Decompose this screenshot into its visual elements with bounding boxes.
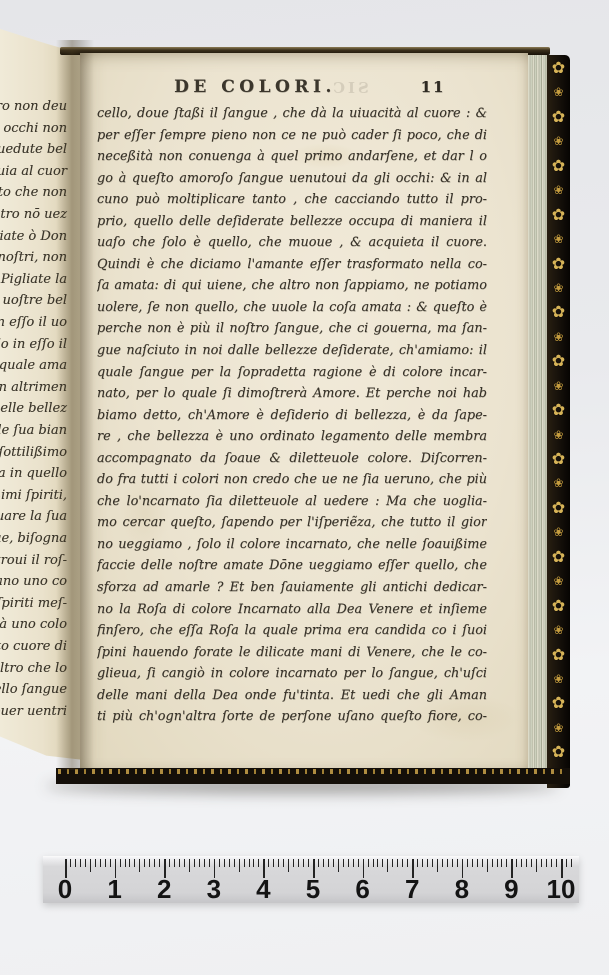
ruler-number: 0 — [58, 877, 72, 901]
ruler-tick — [149, 859, 150, 867]
gold-rosette-icon: ❀ — [553, 331, 563, 343]
ruler-tick — [442, 859, 443, 867]
gold-flower-icon: ✿ — [552, 158, 565, 174]
binding-gold-pattern: ✿❀✿❀✿❀✿❀✿❀✿❀✿❀✿❀✿❀✿❀✿❀✿❀✿❀✿❀✿❀ — [547, 55, 570, 788]
ruler-tick — [531, 859, 532, 867]
ruler-tick — [417, 859, 418, 867]
ruler-tick — [387, 859, 388, 872]
ruler-tick — [392, 859, 393, 867]
ruler-tick — [154, 859, 155, 867]
binding-strip: ✿❀✿❀✿❀✿❀✿❀✿❀✿❀✿❀✿❀✿❀✿❀✿❀✿❀✿❀✿❀ — [547, 55, 570, 788]
gold-rosette-icon: ❀ — [553, 380, 563, 392]
ruler-number: 6 — [355, 877, 369, 901]
gold-flower-icon: ✿ — [552, 598, 565, 614]
ruler-tick — [134, 859, 135, 867]
ruler-tick — [373, 859, 374, 867]
ruler-tick — [129, 859, 130, 867]
gold-flower-icon: ✿ — [552, 60, 565, 76]
text-line: glieua, ſi cangiò in colore incarnato pe… — [97, 663, 487, 685]
text-line: faccie delle noſtre amate Dōne ueggiamo … — [97, 555, 487, 577]
ruler-tick — [273, 859, 274, 867]
text-block: cello, doue ſtaßi il ſangue , che dà la … — [97, 103, 487, 728]
gold-rosette-icon: ❀ — [553, 135, 563, 147]
ruler-tick — [497, 859, 498, 867]
ruler-tick — [253, 859, 254, 867]
text-line: quale ſangue per la ſopradetta ragione è… — [97, 362, 487, 384]
text-line: perche non è più il noſtro ſangue, che c… — [97, 318, 487, 340]
ruler-number: 10 — [547, 877, 576, 901]
ruler-tick — [80, 859, 81, 867]
gold-rosette-icon: ❀ — [553, 673, 563, 685]
gold-rosette-icon: ❀ — [553, 282, 563, 294]
gold-rosette-icon: ❀ — [553, 184, 563, 196]
text-line: mo cercar queſto, ſapendo per l'iſperiẽz… — [97, 512, 487, 534]
ruler-tick — [402, 859, 403, 867]
gold-flower-icon: ✿ — [552, 500, 565, 516]
ruler-number: 5 — [306, 877, 320, 901]
ruler-tick — [358, 859, 359, 867]
ruler-tick — [204, 859, 205, 867]
gold-flower-icon: ✿ — [552, 109, 565, 125]
gold-rosette-icon: ❀ — [553, 624, 563, 636]
text-line: prio, quello delle deſiderate bellezze o… — [97, 211, 487, 233]
ruler-tick — [422, 859, 423, 867]
ruler-number: 9 — [504, 877, 518, 901]
gold-flower-icon: ✿ — [552, 353, 565, 369]
ruler-tick — [526, 859, 527, 867]
ruler-tick — [184, 859, 185, 867]
ruler-tick — [407, 859, 408, 867]
ruler-tick — [501, 859, 502, 867]
text-line: Quindi è che diciamo l'amante eſſer tras… — [97, 254, 487, 276]
ruler-tick — [348, 859, 349, 867]
ruler-tick — [234, 859, 235, 867]
ruler-tick — [338, 859, 339, 872]
ruler-tick — [268, 859, 269, 867]
ruler-tick — [457, 859, 458, 867]
ruler-tick — [427, 859, 428, 867]
ruler-tick — [219, 859, 220, 867]
ruler-tick — [174, 859, 175, 867]
text-line: ſpini hauendo forate le dilicate mani di… — [97, 642, 487, 664]
page-header: DE COLORI. SIC 11 — [80, 77, 528, 99]
gold-rosette-icon: ❀ — [553, 526, 563, 538]
ruler-tick — [343, 859, 344, 867]
gold-flower-icon: ✿ — [552, 207, 565, 223]
gold-flower-icon: ✿ — [552, 304, 565, 320]
ruler-tick — [521, 859, 522, 867]
gold-rosette-icon: ❀ — [553, 233, 563, 245]
gold-flower-icon: ✿ — [552, 256, 565, 272]
ruler-tick — [90, 859, 91, 872]
text-line: finſero, che eſſa Roſa la quale prima er… — [97, 620, 487, 642]
ruler-tick — [278, 859, 279, 867]
gold-flower-icon: ✿ — [552, 549, 565, 565]
text-line: delle mani della Dea onde fu'tinta. Et u… — [97, 685, 487, 707]
ruler-number: 1 — [107, 877, 121, 901]
ruler-number: 7 — [405, 877, 419, 901]
gold-flower-icon: ✿ — [552, 695, 565, 711]
ruler-tick — [477, 859, 478, 867]
ruler-tick — [144, 859, 145, 867]
ruler-tick — [487, 859, 488, 872]
ruler-tick — [482, 859, 483, 867]
ruler-tick — [472, 859, 473, 867]
ruler-tick — [110, 859, 111, 867]
text-line: ſa amata: di qui uiene, che altro non ſa… — [97, 275, 487, 297]
fore-edge-page-stack — [528, 55, 547, 771]
ruler-tick — [318, 859, 319, 867]
gutter-shadow — [56, 40, 94, 770]
gold-rosette-icon: ❀ — [553, 429, 563, 441]
ruler-tick — [492, 859, 493, 867]
ruler-tick — [353, 859, 354, 867]
ruler-tick — [432, 859, 433, 867]
text-line: che lo'ncarnato ſia diletteuole al ueder… — [97, 491, 487, 513]
ruler-tick — [566, 859, 567, 867]
book: altro non deuà gli occhi nonle uedute be… — [0, 0, 609, 810]
ruler-tick — [536, 859, 537, 872]
show-through-ghost-text: SIC — [330, 79, 369, 97]
ruler-tick — [283, 859, 284, 867]
ruler-tick — [139, 859, 140, 872]
main-page: DE COLORI. SIC 11 cello, doue ſtaßi il ſ… — [80, 53, 528, 772]
ruler-tick — [541, 859, 542, 867]
text-line: ti più ch'ogn'altra ſorte de perſone uſa… — [97, 706, 487, 728]
ruler-tick — [556, 859, 557, 867]
ruler-tick — [159, 859, 160, 867]
text-line: per eſſer ſempre pieno non ce ne può cad… — [97, 125, 487, 147]
gold-rosette-icon: ❀ — [553, 86, 563, 98]
text-line: accompagnato da ſoaue & diletteuole colo… — [97, 448, 487, 470]
ruler-tick — [377, 859, 378, 867]
ruler-tick — [70, 859, 71, 867]
ruler-tick — [95, 859, 96, 867]
ruler-tick — [120, 859, 121, 867]
ruler-tick — [199, 859, 200, 867]
gold-flower-icon: ✿ — [552, 744, 565, 760]
ruler-tick — [298, 859, 299, 867]
ruler-tick — [239, 859, 240, 872]
text-line: do fra tutti i colori non credo che ue n… — [97, 469, 487, 491]
ruler-tick — [551, 859, 552, 867]
ruler-tick — [229, 859, 230, 867]
ruler-tick — [328, 859, 329, 867]
book-bottom-edge — [56, 768, 570, 784]
ruler-tick — [437, 859, 438, 872]
text-line: cello, doue ſtaßi il ſangue , che dà la … — [97, 103, 487, 125]
ruler-tick — [125, 859, 126, 867]
text-line: uaſo che ſolo è quello, che muoue , & ac… — [97, 232, 487, 254]
ruler-number: 8 — [455, 877, 469, 901]
text-line: go à queſto amoroſo ſangue uenutoui da g… — [97, 168, 487, 190]
text-line: uolere, ſe non quello, che uuole la coſa… — [97, 297, 487, 319]
gold-flower-icon: ✿ — [552, 647, 565, 663]
ruler-tick — [293, 859, 294, 867]
gold-flower-icon: ✿ — [552, 451, 565, 467]
ruler-tick — [368, 859, 369, 867]
ruler-tick — [571, 859, 572, 867]
ruler-tick — [452, 859, 453, 867]
text-line: sforza ad amarle ? Et ben ſauiamente gli… — [97, 577, 487, 599]
gold-flower-icon: ✿ — [552, 402, 565, 418]
ruler-tick — [169, 859, 170, 867]
ruler-tick — [447, 859, 448, 867]
text-line: no la Roſa di colore Incarnato alla Dea … — [97, 599, 487, 621]
gold-rosette-icon: ❀ — [553, 722, 563, 734]
gold-rosette-icon: ❀ — [553, 575, 563, 587]
text-line: gue naſciuto in noi dalle bellezze deſid… — [97, 340, 487, 362]
ruler-tick — [506, 859, 507, 867]
page-number: 11 — [413, 78, 453, 96]
ruler-tick — [194, 859, 195, 867]
ruler-tick — [179, 859, 180, 867]
text-line: re , che bellezza è uno ordinato legamen… — [97, 426, 487, 448]
book-photograph: altro non deuà gli occhi nonle uedute be… — [0, 0, 609, 975]
ruler-tick — [333, 859, 334, 867]
gold-rosette-icon: ❀ — [553, 477, 563, 489]
ruler-tick — [224, 859, 225, 867]
ruler-tick — [303, 859, 304, 867]
text-line: neceßità non conuenga à quel primo andar… — [97, 146, 487, 168]
ruler-tick — [100, 859, 101, 867]
ruler-tick — [516, 859, 517, 867]
text-line: nato, per lo quale ſi dimoſtrerà Amore. … — [97, 383, 487, 405]
ruler-tick — [467, 859, 468, 867]
ruler-tick — [258, 859, 259, 867]
text-line: biamo detto, ch'Amore è deſiderio di bel… — [97, 405, 487, 427]
ruler-tick — [308, 859, 309, 867]
text-line: cuno può moltiplicare tanto , che caccia… — [97, 189, 487, 211]
ruler-tick — [323, 859, 324, 867]
text-line: no ueggiamo , ſolo il colore incarnato, … — [97, 534, 487, 556]
ruler-number: 4 — [256, 877, 270, 901]
ruler-tick — [75, 859, 76, 867]
ruler-tick — [546, 859, 547, 867]
ruler-tick — [288, 859, 289, 872]
ruler-tick — [85, 859, 86, 867]
ruler-number: 2 — [157, 877, 171, 901]
ruler: 012345678910 — [43, 856, 579, 903]
ruler-tick — [244, 859, 245, 867]
ruler-tick — [209, 859, 210, 867]
ruler-number: 3 — [207, 877, 221, 901]
ruler-tick — [189, 859, 190, 872]
ruler-tick — [382, 859, 383, 867]
ruler-tick — [397, 859, 398, 867]
ruler-tick — [249, 859, 250, 867]
ruler-tick — [105, 859, 106, 867]
